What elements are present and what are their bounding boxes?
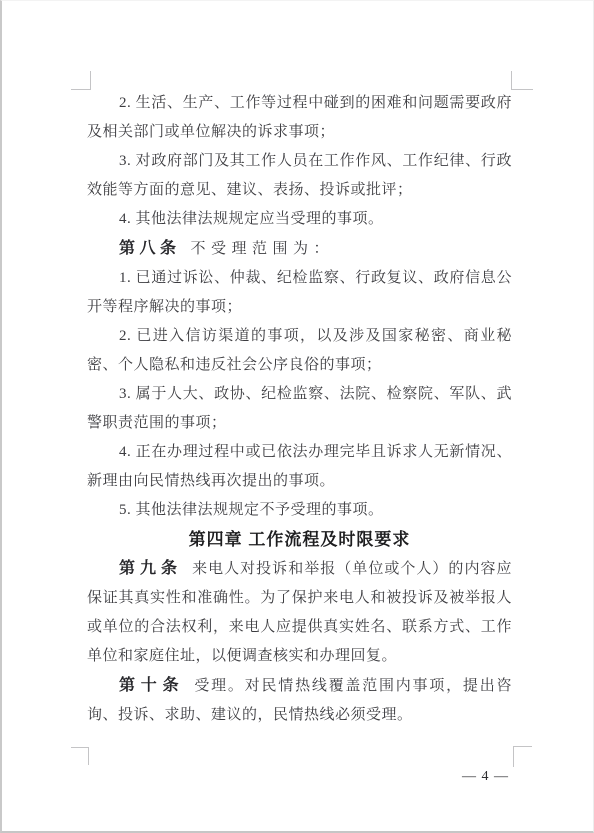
article-paragraph: 第十条受理。对民情热线覆盖范围内事项，提出咨询、投诉、求助、建议的，民情热线必须… (87, 671, 512, 730)
chapter-heading: 第四章 工作流程及时限要求 (87, 525, 512, 554)
document-page: { "page": { "footer": { "page_number": "… (0, 0, 594, 833)
article-heading: 第八条不受理范围为： (87, 234, 512, 264)
article-number-label: 第八条 (119, 240, 181, 257)
paragraph: 4. 其他法律法规规定应当受理的事项。 (87, 205, 512, 234)
crop-mark-top-left (71, 71, 91, 90)
page-number: — 4 — (462, 768, 509, 786)
crop-mark-top-right (511, 71, 533, 90)
document-body: 2. 生活、生产、工作等过程中碰到的困难和问题需要政府及相关部门或单位解决的诉求… (87, 89, 512, 730)
paragraph: 2. 已进入信访渠道的事项，以及涉及国家秘密、商业秘密、个人隐私和违反社会公序良… (87, 322, 512, 380)
crop-mark-bottom-left (71, 747, 89, 765)
article-paragraph: 第九条来电人对投诉和举报（单位或个人）的内容应保证其真实性和准确性。为了保护来电… (87, 554, 512, 671)
article-number-label: 第十条 (119, 677, 184, 694)
paragraph: 4. 正在办理过程中或已依法办理完毕且诉求人无新情况、新理由向民情热线再次提出的… (87, 438, 512, 496)
paragraph: 1. 已通过诉讼、仲裁、纪检监察、行政复议、政府信息公开等程序解决的事项； (87, 264, 512, 322)
article-heading-text: 不受理范围为： (191, 241, 335, 257)
paragraph: 3. 属于人大、政协、纪检监察、法院、检察院、军队、武警职责范围的事项； (87, 380, 512, 438)
paragraph: 3. 对政府部门及其工作人员在工作作风、工作纪律、行政效能等方面的意见、建议、表… (87, 147, 512, 205)
article-number-label: 第九条 (119, 560, 182, 577)
crop-mark-bottom-right (513, 746, 532, 767)
paragraph: 5. 其他法律法规规定不予受理的事项。 (87, 496, 512, 525)
paragraph: 2. 生活、生产、工作等过程中碰到的困难和问题需要政府及相关部门或单位解决的诉求… (87, 89, 512, 147)
